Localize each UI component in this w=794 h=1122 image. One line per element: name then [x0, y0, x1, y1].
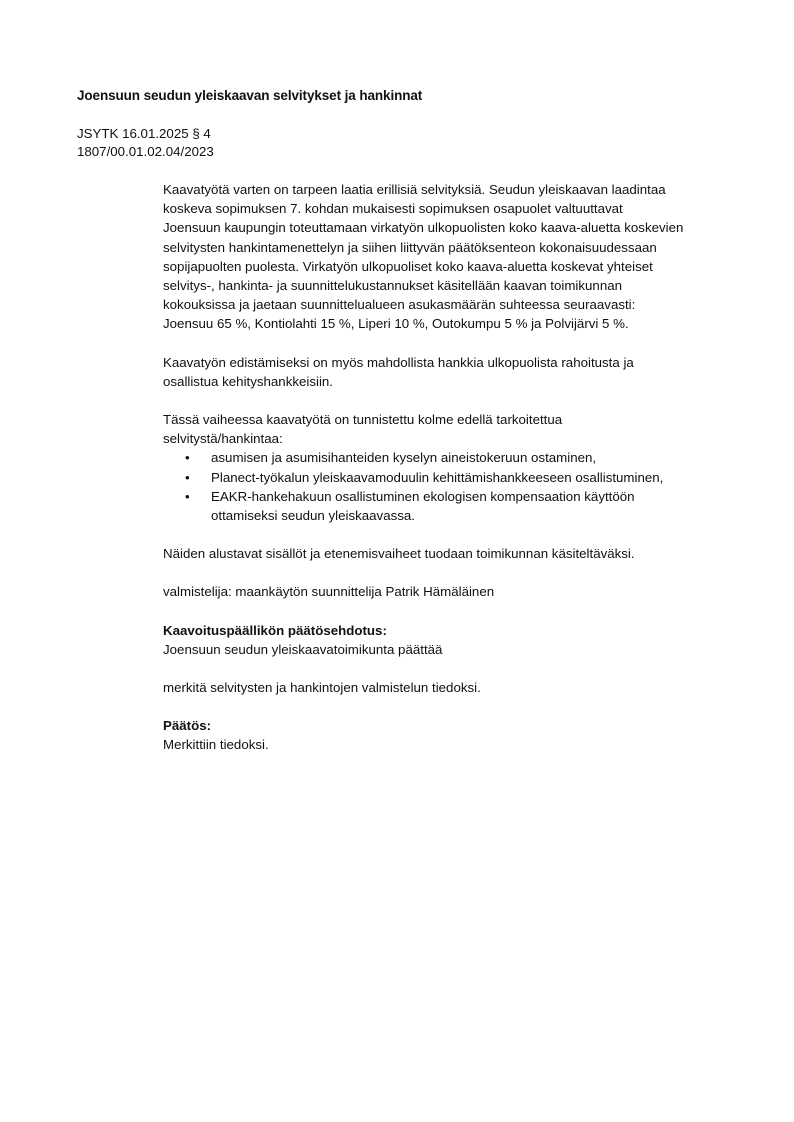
list-item: • EAKR-hankehakuun osallistuminen ekolog…: [163, 487, 753, 525]
proposal-heading: Kaavoituspäällikön päätösehdotus:: [163, 621, 753, 640]
text-line: Tässä vaiheessa kaavatyötä on tunnistett…: [163, 410, 753, 429]
text-line: sopijapuolten puolesta. Virkatyön ulkopu…: [163, 257, 753, 276]
list-item-text: Planect-työkalun yleiskaavamoduulin kehi…: [211, 470, 663, 485]
record-number: 1807/00.01.02.04/2023: [77, 143, 214, 161]
list-item: • Planect-työkalun yleiskaavamoduulin ke…: [163, 468, 753, 487]
meeting-reference: JSYTK 16.01.2025 § 4: [77, 125, 211, 143]
text-line: Joensuu 65 %, Kontiolahti 15 %, Liperi 1…: [163, 314, 753, 333]
decision-text: Merkittiin tiedoksi.: [163, 735, 753, 754]
paragraph-funding: Kaavatyön edistämiseksi on myös mahdolli…: [163, 353, 753, 391]
text-line: kokouksissa ja jaetaan suunnittelualueen…: [163, 295, 753, 314]
text-line: selvitysten hankintamenettelyn ja siihen…: [163, 238, 753, 257]
text-line: Kaavatyön edistämiseksi on myös mahdolli…: [163, 353, 753, 372]
text-line: selvitystä/hankintaa:: [163, 429, 753, 448]
document-body: Kaavatyötä varten on tarpeen laatia eril…: [163, 180, 753, 774]
proposal-resolution: merkitä selvitysten ja hankintojen valmi…: [163, 678, 753, 697]
list-item-text: ottamiseksi seudun yleiskaavassa.: [211, 506, 753, 525]
paragraph-agreement: Kaavatyötä varten on tarpeen laatia eril…: [163, 180, 753, 334]
text-line: Kaavatyötä varten on tarpeen laatia eril…: [163, 180, 753, 199]
bullet-icon: •: [185, 448, 190, 467]
list-item-text: EAKR-hankehakuun osallistuminen ekologis…: [211, 487, 753, 506]
list-item-text: asumisen ja asumisihanteiden kyselyn ain…: [211, 450, 596, 465]
bullet-icon: •: [185, 468, 190, 487]
paragraph-next-steps: Näiden alustavat sisällöt ja etenemisvai…: [163, 544, 753, 563]
text-line: osallistua kehityshankkeisiin.: [163, 372, 753, 391]
proposal-line: Joensuun seudun yleiskaavatoimikunta pää…: [163, 640, 753, 659]
preparer: valmistelija: maankäytön suunnittelija P…: [163, 582, 753, 601]
list-item: • asumisen ja asumisihanteiden kyselyn a…: [163, 448, 753, 467]
document-title: Joensuun seudun yleiskaavan selvitykset …: [77, 88, 422, 103]
text-line: selvitys-, hankinta- ja suunnittelukusta…: [163, 276, 753, 295]
bullet-icon: •: [185, 487, 190, 506]
text-line: koskeva sopimuksen 7. kohdan mukaisesti …: [163, 199, 753, 218]
procurement-list: • asumisen ja asumisihanteiden kyselyn a…: [163, 448, 753, 525]
paragraph-identified: Tässä vaiheessa kaavatyötä on tunnistett…: [163, 410, 753, 448]
decision-heading: Päätös:: [163, 716, 753, 735]
text-line: Joensuun kaupungin toteuttamaan virkatyö…: [163, 218, 753, 237]
